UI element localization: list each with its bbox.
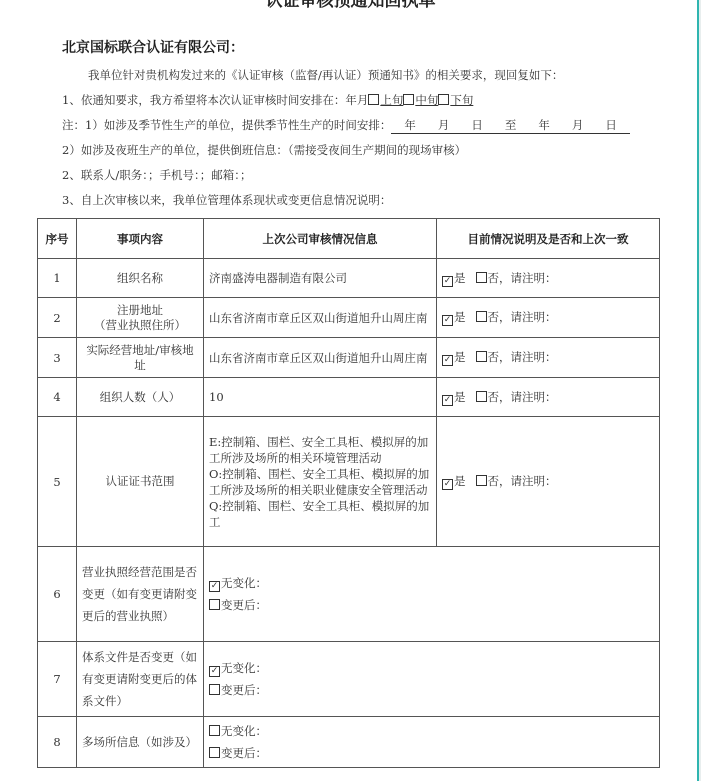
row-num: 3 <box>38 338 77 378</box>
row-previous: 山东省济南市章丘区双山街道旭升山周庄南 <box>204 338 437 378</box>
contact-line: 2、联系人/职务：；手机号：；邮箱：； <box>62 167 251 183</box>
changed-checkbox[interactable]: 变更后： <box>209 679 654 701</box>
row-current: ✓是否，请注明： <box>437 338 660 378</box>
item1-prefix: 1、依通知要求，我方希望将本次认证审核时间安排在：年月 <box>62 93 368 107</box>
checkbox-checked-icon: ✓ <box>209 581 220 592</box>
document-title: 认证审核预通知回执单 <box>0 0 701 11</box>
header-num: 序号 <box>38 219 77 259</box>
table-row: 4 组织人数（人） 10 ✓是否，请注明： <box>38 378 660 417</box>
table-row: 8 多场所信息（如涉及） 无变化： 变更后： <box>38 717 660 768</box>
row-previous: E:控制箱、围栏、安全工具柜、模拟屏的加工所涉及场所的相关环境管理活动 O:控制… <box>204 417 437 547</box>
row-item: 多场所信息（如涉及） <box>77 717 204 768</box>
row-current: ✓是否，请注明： <box>437 259 660 298</box>
addressee: 北京国标联合认证有限公司： <box>62 37 244 57</box>
checkbox-checked-icon: ✓ <box>442 479 453 490</box>
header-item: 事项内容 <box>77 219 204 259</box>
row-item: 组织人数（人） <box>77 378 204 417</box>
row-previous: 济南盛涛电器制造有限公司 <box>204 259 437 298</box>
yes-checkbox[interactable]: ✓是 <box>442 389 466 406</box>
unchanged-checkbox[interactable]: 无变化： <box>209 720 654 742</box>
row-num: 2 <box>38 298 77 338</box>
row-current: ✓是否，请注明： <box>437 417 660 547</box>
yes-checkbox[interactable]: ✓是 <box>442 473 466 490</box>
note2-line: 2）如涉及夜班生产的单位，提供倒班信息：（需接受夜间生产期间的现场审核） <box>62 142 466 158</box>
checkbox-icon <box>476 391 487 402</box>
note1-prefix: 注：1）如涉及季节性生产的单位，提供季节性生产的时间安排： <box>62 118 391 132</box>
row-change-status: ✓无变化： 变更后： <box>204 547 660 642</box>
row-item: 实际经营地址/审核地址 <box>77 338 204 378</box>
checkbox-checked-icon: ✓ <box>209 666 220 677</box>
audit-info-table: 序号 事项内容 上次公司审核情况信息 目前情况说明及是否和上次一致 1 组织名称… <box>37 218 660 768</box>
checkbox-icon <box>209 599 220 610</box>
changed-checkbox[interactable]: 变更后： <box>209 594 654 616</box>
row-num: 7 <box>38 642 77 717</box>
row-item: 组织名称 <box>77 259 204 298</box>
page-edge-rule <box>697 0 699 781</box>
period-options: 上旬中旬下旬 <box>368 93 473 107</box>
checkbox-icon <box>209 684 220 695</box>
row-num: 6 <box>38 547 77 642</box>
item1-line: 1、依通知要求，我方希望将本次认证审核时间安排在：年月上旬中旬下旬 <box>62 92 473 108</box>
checkbox-icon <box>476 272 487 283</box>
row-num: 4 <box>38 378 77 417</box>
row-item: 体系文件是否变更（如有变更请附变更后的体系文件） <box>77 642 204 717</box>
table-row: 5 认证证书范围 E:控制箱、围栏、安全工具柜、模拟屏的加工所涉及场所的相关环境… <box>38 417 660 547</box>
header-previous: 上次公司审核情况信息 <box>204 219 437 259</box>
table-header-row: 序号 事项内容 上次公司审核情况信息 目前情况说明及是否和上次一致 <box>38 219 660 259</box>
checkbox-checked-icon: ✓ <box>442 395 453 406</box>
row-change-status: ✓无变化： 变更后： <box>204 642 660 717</box>
checkbox-icon <box>209 725 220 736</box>
table-row: 3 实际经营地址/审核地址 山东省济南市章丘区双山街道旭升山周庄南 ✓是否，请注… <box>38 338 660 378</box>
no-checkbox[interactable]: 否，请注明： <box>476 270 557 286</box>
checkbox-icon <box>368 94 379 105</box>
checkbox-checked-icon: ✓ <box>442 315 453 326</box>
checkbox-icon <box>209 747 220 758</box>
row-previous: 10 <box>204 378 437 417</box>
unchanged-checkbox[interactable]: ✓无变化： <box>209 657 654 679</box>
table-row: 2 注册地址 （营业执照住所） 山东省济南市章丘区双山街道旭升山周庄南 ✓是否，… <box>38 298 660 338</box>
table-row: 1 组织名称 济南盛涛电器制造有限公司 ✓是否，请注明： <box>38 259 660 298</box>
checkbox-checked-icon: ✓ <box>442 355 453 366</box>
no-checkbox[interactable]: 否，请注明： <box>476 309 557 325</box>
unchanged-checkbox[interactable]: ✓无变化： <box>209 572 654 594</box>
intro-text: 我单位针对贵机构发过来的《认证审核（监督/再认证）预通知书》的相关要求，现回复如… <box>88 67 563 83</box>
yes-checkbox[interactable]: ✓是 <box>442 309 466 326</box>
table-row: 6 营业执照经营范围是否变更（如有变更请附变更后的营业执照） ✓无变化： 变更后… <box>38 547 660 642</box>
note1-line: 注：1）如涉及季节性生产的单位，提供季节性生产的时间安排：年月日至年月日 <box>62 117 630 134</box>
yes-checkbox[interactable]: ✓是 <box>442 349 466 366</box>
option-late-month[interactable]: 下旬 <box>438 93 473 107</box>
checkbox-icon <box>403 94 414 105</box>
no-checkbox[interactable]: 否，请注明： <box>476 473 557 489</box>
row-num: 1 <box>38 259 77 298</box>
table-row: 7 体系文件是否变更（如有变更请附变更后的体系文件） ✓无变化： 变更后： <box>38 642 660 717</box>
checkbox-icon <box>438 94 449 105</box>
checkbox-icon <box>476 311 487 322</box>
row-num: 5 <box>38 417 77 547</box>
no-checkbox[interactable]: 否，请注明： <box>476 389 557 405</box>
option-mid-month[interactable]: 中旬 <box>403 93 438 107</box>
row-current: ✓是否，请注明： <box>437 298 660 338</box>
row-num: 8 <box>38 717 77 768</box>
row-item: 认证证书范围 <box>77 417 204 547</box>
checkbox-checked-icon: ✓ <box>442 276 453 287</box>
yes-checkbox[interactable]: ✓是 <box>442 270 466 287</box>
no-checkbox[interactable]: 否，请注明： <box>476 349 557 365</box>
checkbox-icon <box>476 351 487 362</box>
seasonal-date-range-field[interactable]: 年月日至年月日 <box>391 117 630 134</box>
checkbox-icon <box>476 475 487 486</box>
row-item: 营业执照经营范围是否变更（如有变更请附变更后的营业执照） <box>77 547 204 642</box>
row-item: 注册地址 （营业执照住所） <box>77 298 204 338</box>
row-previous: 山东省济南市章丘区双山街道旭升山周庄南 <box>204 298 437 338</box>
row-change-status: 无变化： 变更后： <box>204 717 660 768</box>
header-current: 目前情况说明及是否和上次一致 <box>437 219 660 259</box>
item3-line: 3、自上次审核以来，我单位管理体系现状或变更信息情况说明： <box>62 192 391 208</box>
changed-checkbox[interactable]: 变更后： <box>209 742 654 764</box>
option-early-month[interactable]: 上旬 <box>368 93 403 107</box>
row-current: ✓是否，请注明： <box>437 378 660 417</box>
